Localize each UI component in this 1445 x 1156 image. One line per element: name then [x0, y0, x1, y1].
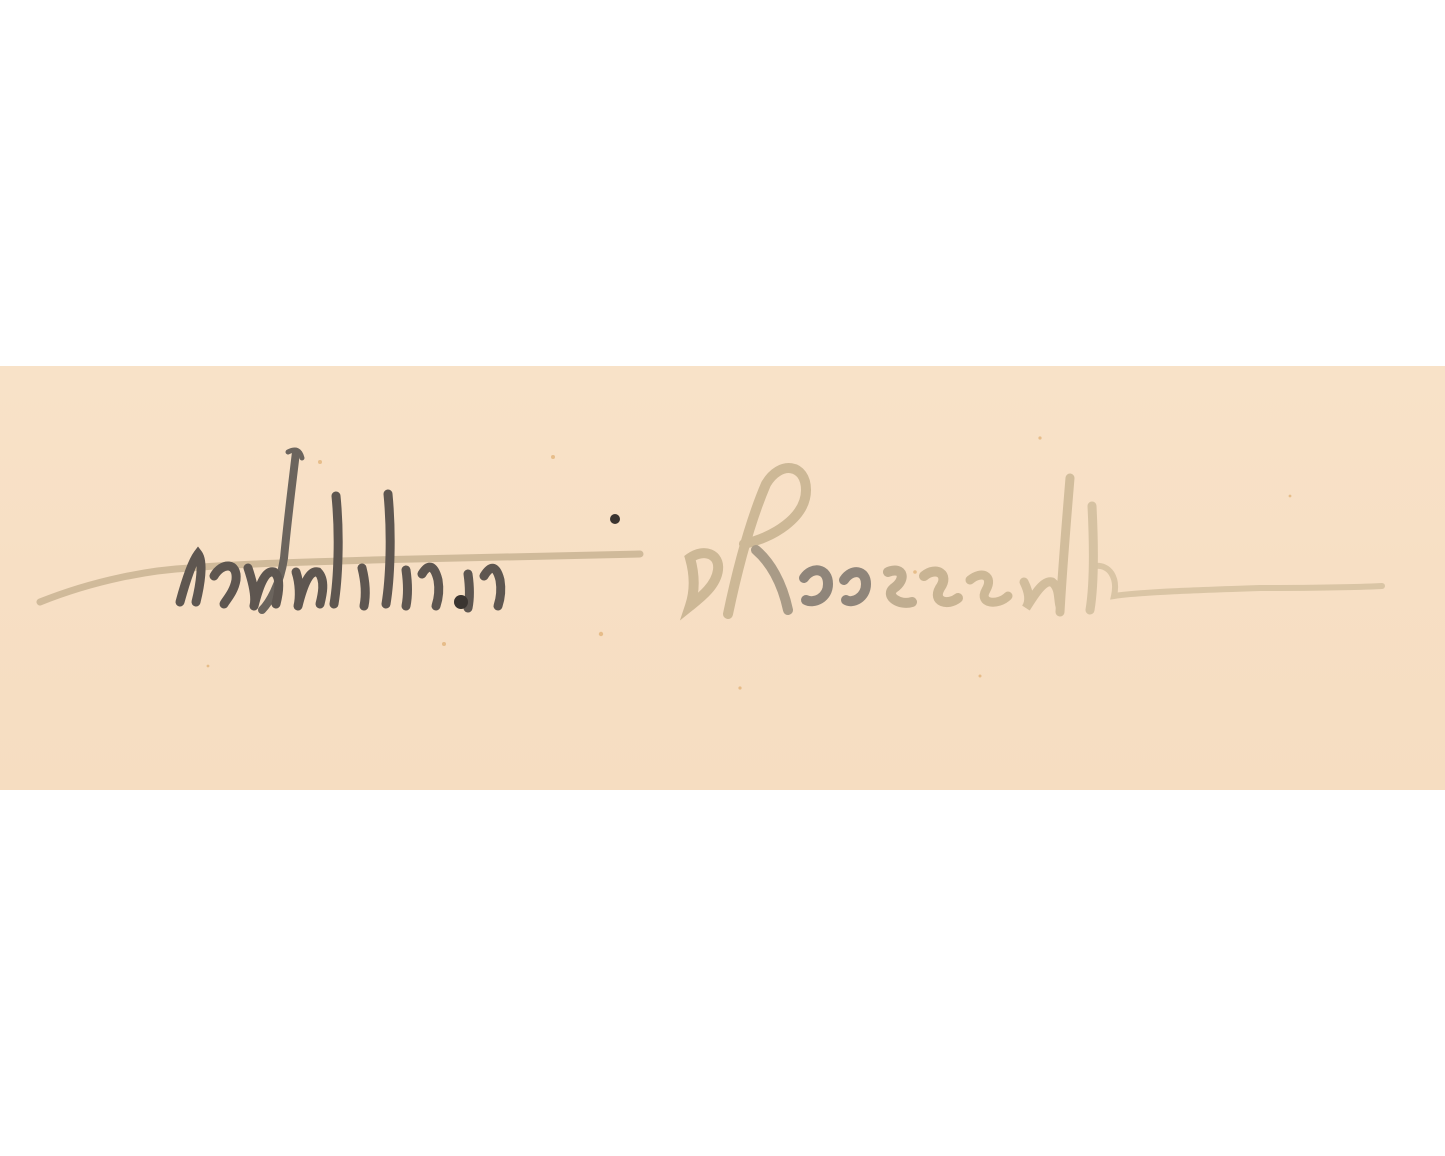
- paper-slip: [0, 366, 1445, 790]
- signature-first-name: [180, 494, 501, 608]
- signature-drawing: [0, 366, 1445, 790]
- signature-last-name: [728, 468, 1382, 614]
